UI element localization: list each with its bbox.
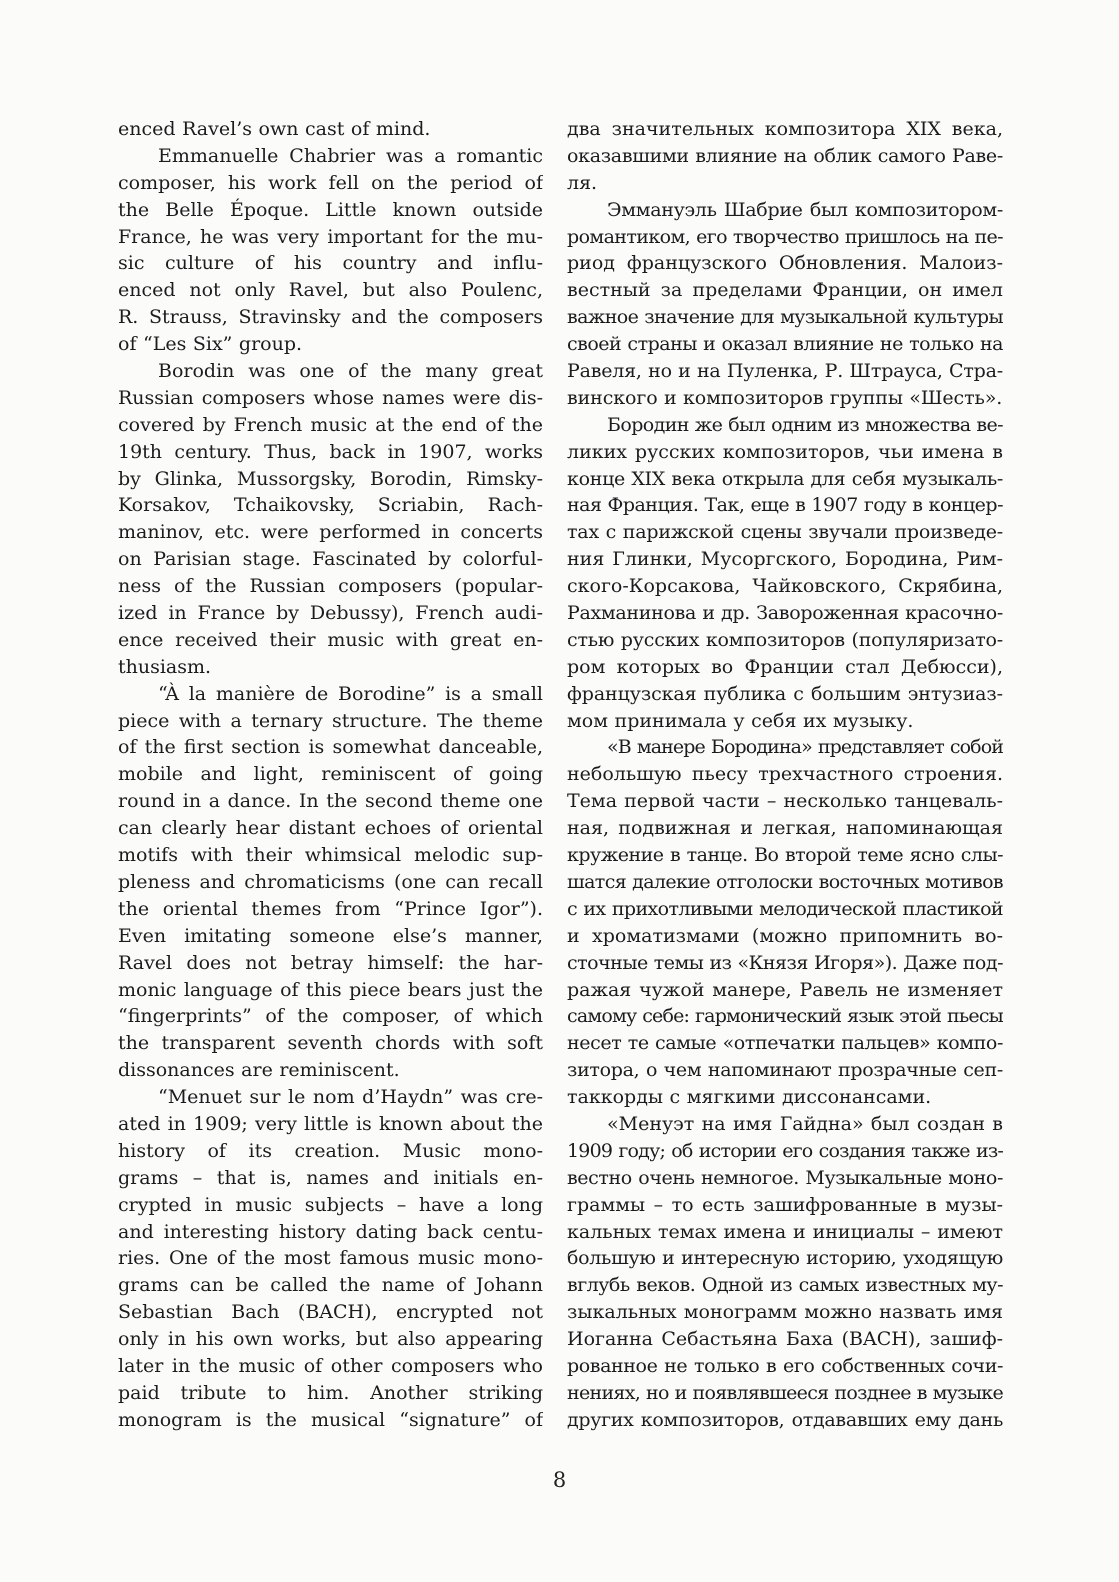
text-line: Эммануэль Шабрие был композитором- — [567, 197, 1003, 224]
text-line: романтиком, его творчество пришлось на п… — [567, 224, 1003, 251]
text-line: сточные темы из «Князя Игоря»). Даже под… — [567, 950, 1003, 977]
text-line: вестно очень немногое. Музыкальные моно- — [567, 1165, 1003, 1192]
text-line: on Parisian stage. Fascinated by colorfu… — [118, 546, 543, 573]
text-line: зитора, о чем напоминают прозрачные сеп- — [567, 1057, 1003, 1084]
text-line: ated in 1909; very little is known about… — [118, 1111, 543, 1138]
text-line: later in the music of other composers wh… — [118, 1353, 543, 1380]
text-line: ная Франция. Так, еще в 1907 году в конц… — [567, 492, 1003, 519]
text-line: зыкальных монограмм можно назвать имя — [567, 1299, 1003, 1326]
text-line: своей страны и оказал влияние не только … — [567, 331, 1003, 358]
column-english: enced Ravel’s own cast of mind.Emmanuell… — [118, 116, 543, 1434]
text-line: only in his own works, but also appearin… — [118, 1326, 543, 1353]
text-line: ized in France by Debussy), French audi- — [118, 600, 543, 627]
text-line: R. Strauss, Stravinsky and the composers — [118, 304, 543, 331]
paragraph: Borodin was one of the many greatRussian… — [118, 358, 543, 681]
text-line: pleness and chromaticisms (one can recal… — [118, 869, 543, 896]
text-line: вестный за пределами Франции, он имел — [567, 277, 1003, 304]
text-line: Borodin was one of the many great — [118, 358, 543, 385]
text-line: и хроматизмами (можно припомнить во- — [567, 923, 1003, 950]
text-line: paid tribute to him. Another striking — [118, 1380, 543, 1407]
text-line: dissonances are reminiscent. — [118, 1057, 543, 1084]
text-line: кружение в танце. Во второй теме ясно сл… — [567, 842, 1003, 869]
text-line: composer, his work fell on the period of — [118, 170, 543, 197]
page-number: 8 — [0, 1468, 1119, 1492]
text-line: grams – that is, names and initials en- — [118, 1165, 543, 1192]
text-line: the Belle Époque. Little known outside — [118, 197, 543, 224]
text-line: can clearly hear distant echoes of orien… — [118, 815, 543, 842]
text-line: monogram is the musical “signature” of — [118, 1407, 543, 1434]
text-line: риод французского Обновления. Малоиз- — [567, 250, 1003, 277]
text-line: два значительных композитора XIX века, — [567, 116, 1003, 143]
text-line: Рахманинова и др. Завороженная красочно- — [567, 600, 1003, 627]
text-line: ries. One of the most famous music mono- — [118, 1245, 543, 1272]
text-line: enced Ravel’s own cast of mind. — [118, 116, 543, 143]
text-line: 19th century. Thus, back in 1907, works — [118, 439, 543, 466]
text-line: Равеля, но и на Пуленка, Р. Штрауса, Стр… — [567, 358, 1003, 385]
text-line: sic culture of his country and influ- — [118, 250, 543, 277]
text-line: piece with a ternary structure. The them… — [118, 708, 543, 735]
text-line: ского-Корсакова, Чайковского, Скрябина, — [567, 573, 1003, 600]
text-line: grams can be called the name of Johann — [118, 1272, 543, 1299]
text-line: ness of the Russian composers (popular- — [118, 573, 543, 600]
text-line: важное значение для музыкальной культуры — [567, 304, 1003, 331]
text-line: кальных темах имена и инициалы – имеют — [567, 1219, 1003, 1246]
text-line: «В манере Бородина» представляет собой — [567, 734, 1003, 761]
text-line: “À la manière de Borodine” is a small — [118, 681, 543, 708]
text-line: covered by French music at the end of th… — [118, 412, 543, 439]
text-line: ля. — [567, 170, 1003, 197]
paragraph: enced Ravel’s own cast of mind. — [118, 116, 543, 143]
text-line: нениях, но и появлявшееся позднее в музы… — [567, 1380, 1003, 1407]
text-line: of the first section is somewhat danceab… — [118, 734, 543, 761]
text-line: ния Глинки, Мусоргского, Бородина, Рим- — [567, 546, 1003, 573]
two-column-text-block: enced Ravel’s own cast of mind.Emmanuell… — [118, 116, 1003, 1434]
text-line: мом принимала у себя их музыку. — [567, 708, 1003, 735]
text-line: 1909 году; об истории его создания также… — [567, 1138, 1003, 1165]
text-line: французская публика с большим энтузиаз- — [567, 681, 1003, 708]
text-line: of “Les Six” group. — [118, 331, 543, 358]
text-line: mobile and light, reminiscent of going — [118, 761, 543, 788]
text-line: вглубь веков. Одной из самых известных м… — [567, 1272, 1003, 1299]
text-line: round in a dance. In the second theme on… — [118, 788, 543, 815]
text-line: Иоганна Себастьяна Баха (BACH), зашиф- — [567, 1326, 1003, 1353]
text-line: шатся далекие отголоски восточных мотиво… — [567, 869, 1003, 896]
text-line: ликих русских композиторов, чьи имена в — [567, 439, 1003, 466]
text-line: and interesting history dating back cent… — [118, 1219, 543, 1246]
text-line: таккорды с мягкими диссонансами. — [567, 1084, 1003, 1111]
text-line: Even imitating someone else’s manner, — [118, 923, 543, 950]
text-line: ражая чужой манере, Равель не изменяет — [567, 977, 1003, 1004]
text-line: crypted in music subjects – have a long — [118, 1192, 543, 1219]
paragraph: «Менуэт на имя Гайдна» был создан в1909 … — [567, 1111, 1003, 1434]
text-line: винского и композиторов группы «Шесть». — [567, 385, 1003, 412]
text-line: тах с парижской сцены звучали произведе- — [567, 519, 1003, 546]
text-line: большую и интересную историю, уходящую — [567, 1245, 1003, 1272]
text-line: ная, подвижная и легкая, напоминающая — [567, 815, 1003, 842]
text-line: “fingerprints” of the composer, of which — [118, 1003, 543, 1030]
text-line: France, he was very important for the mu… — [118, 224, 543, 251]
text-line: maninov, etc. were performed in concerts — [118, 519, 543, 546]
text-line: Russian composers whose names were dis- — [118, 385, 543, 412]
text-line: monic language of this piece bears just … — [118, 977, 543, 1004]
paragraph: «В манере Бородина» представляет собойне… — [567, 734, 1003, 1110]
text-line: Бородин же был одним из множества ве- — [567, 412, 1003, 439]
scanned-book-page: enced Ravel’s own cast of mind.Emmanuell… — [0, 0, 1119, 1582]
paragraph: “Menuet sur le nom d’Haydn” was cre-ated… — [118, 1084, 543, 1434]
text-line: by Glinka, Mussorgsky, Borodin, Rimsky- — [118, 466, 543, 493]
text-line: самому себе: гармонический язык этой пье… — [567, 1003, 1003, 1030]
text-line: history of its creation. Music mono- — [118, 1138, 543, 1165]
text-line: оказавшими влияние на облик самого Раве- — [567, 143, 1003, 170]
text-line: «Менуэт на имя Гайдна» был создан в — [567, 1111, 1003, 1138]
paragraph: два значительных композитора XIX века,ок… — [567, 116, 1003, 197]
text-line: граммы – то есть зашифрованные в музы- — [567, 1192, 1003, 1219]
text-line: Korsakov, Tchaikovsky, Scriabin, Rach- — [118, 492, 543, 519]
paragraph: “À la manière de Borodine” is a smallpie… — [118, 681, 543, 1084]
text-line: ром которых во Франции стал Дебюсси), — [567, 654, 1003, 681]
text-line: thusiasm. — [118, 654, 543, 681]
text-line: ence received their music with great en- — [118, 627, 543, 654]
paragraph: Бородин же был одним из множества ве-лик… — [567, 412, 1003, 735]
text-line: Тема первой части – несколько танцеваль- — [567, 788, 1003, 815]
column-russian: два значительных композитора XIX века,ок… — [567, 116, 1003, 1434]
text-line: Sebastian Bach (BACH), encrypted not — [118, 1299, 543, 1326]
text-line: стью русских композиторов (популяризато- — [567, 627, 1003, 654]
text-line: the oriental themes from “Prince Igor”). — [118, 896, 543, 923]
text-line: enced not only Ravel, but also Poulenc, — [118, 277, 543, 304]
text-line: рованное не только в его собственных соч… — [567, 1353, 1003, 1380]
text-line: “Menuet sur le nom d’Haydn” was cre- — [118, 1084, 543, 1111]
text-line: Ravel does not betray himself: the har- — [118, 950, 543, 977]
paragraph: Эммануэль Шабрие был композитором-романт… — [567, 197, 1003, 412]
text-line: с их прихотливыми мелодической пластикой — [567, 896, 1003, 923]
text-line: несет те самые «отпечатки пальцев» компо… — [567, 1030, 1003, 1057]
paragraph: Emmanuelle Chabrier was a romanticcompos… — [118, 143, 543, 358]
text-line: motifs with their whimsical melodic sup- — [118, 842, 543, 869]
text-line: Emmanuelle Chabrier was a romantic — [118, 143, 543, 170]
text-line: the transparent seventh chords with soft — [118, 1030, 543, 1057]
text-line: небольшую пьесу трехчастного строения. — [567, 761, 1003, 788]
text-line: конце XIX века открыла для себя музыкаль… — [567, 466, 1003, 493]
text-line: других композиторов, отдававших ему дань — [567, 1407, 1003, 1434]
